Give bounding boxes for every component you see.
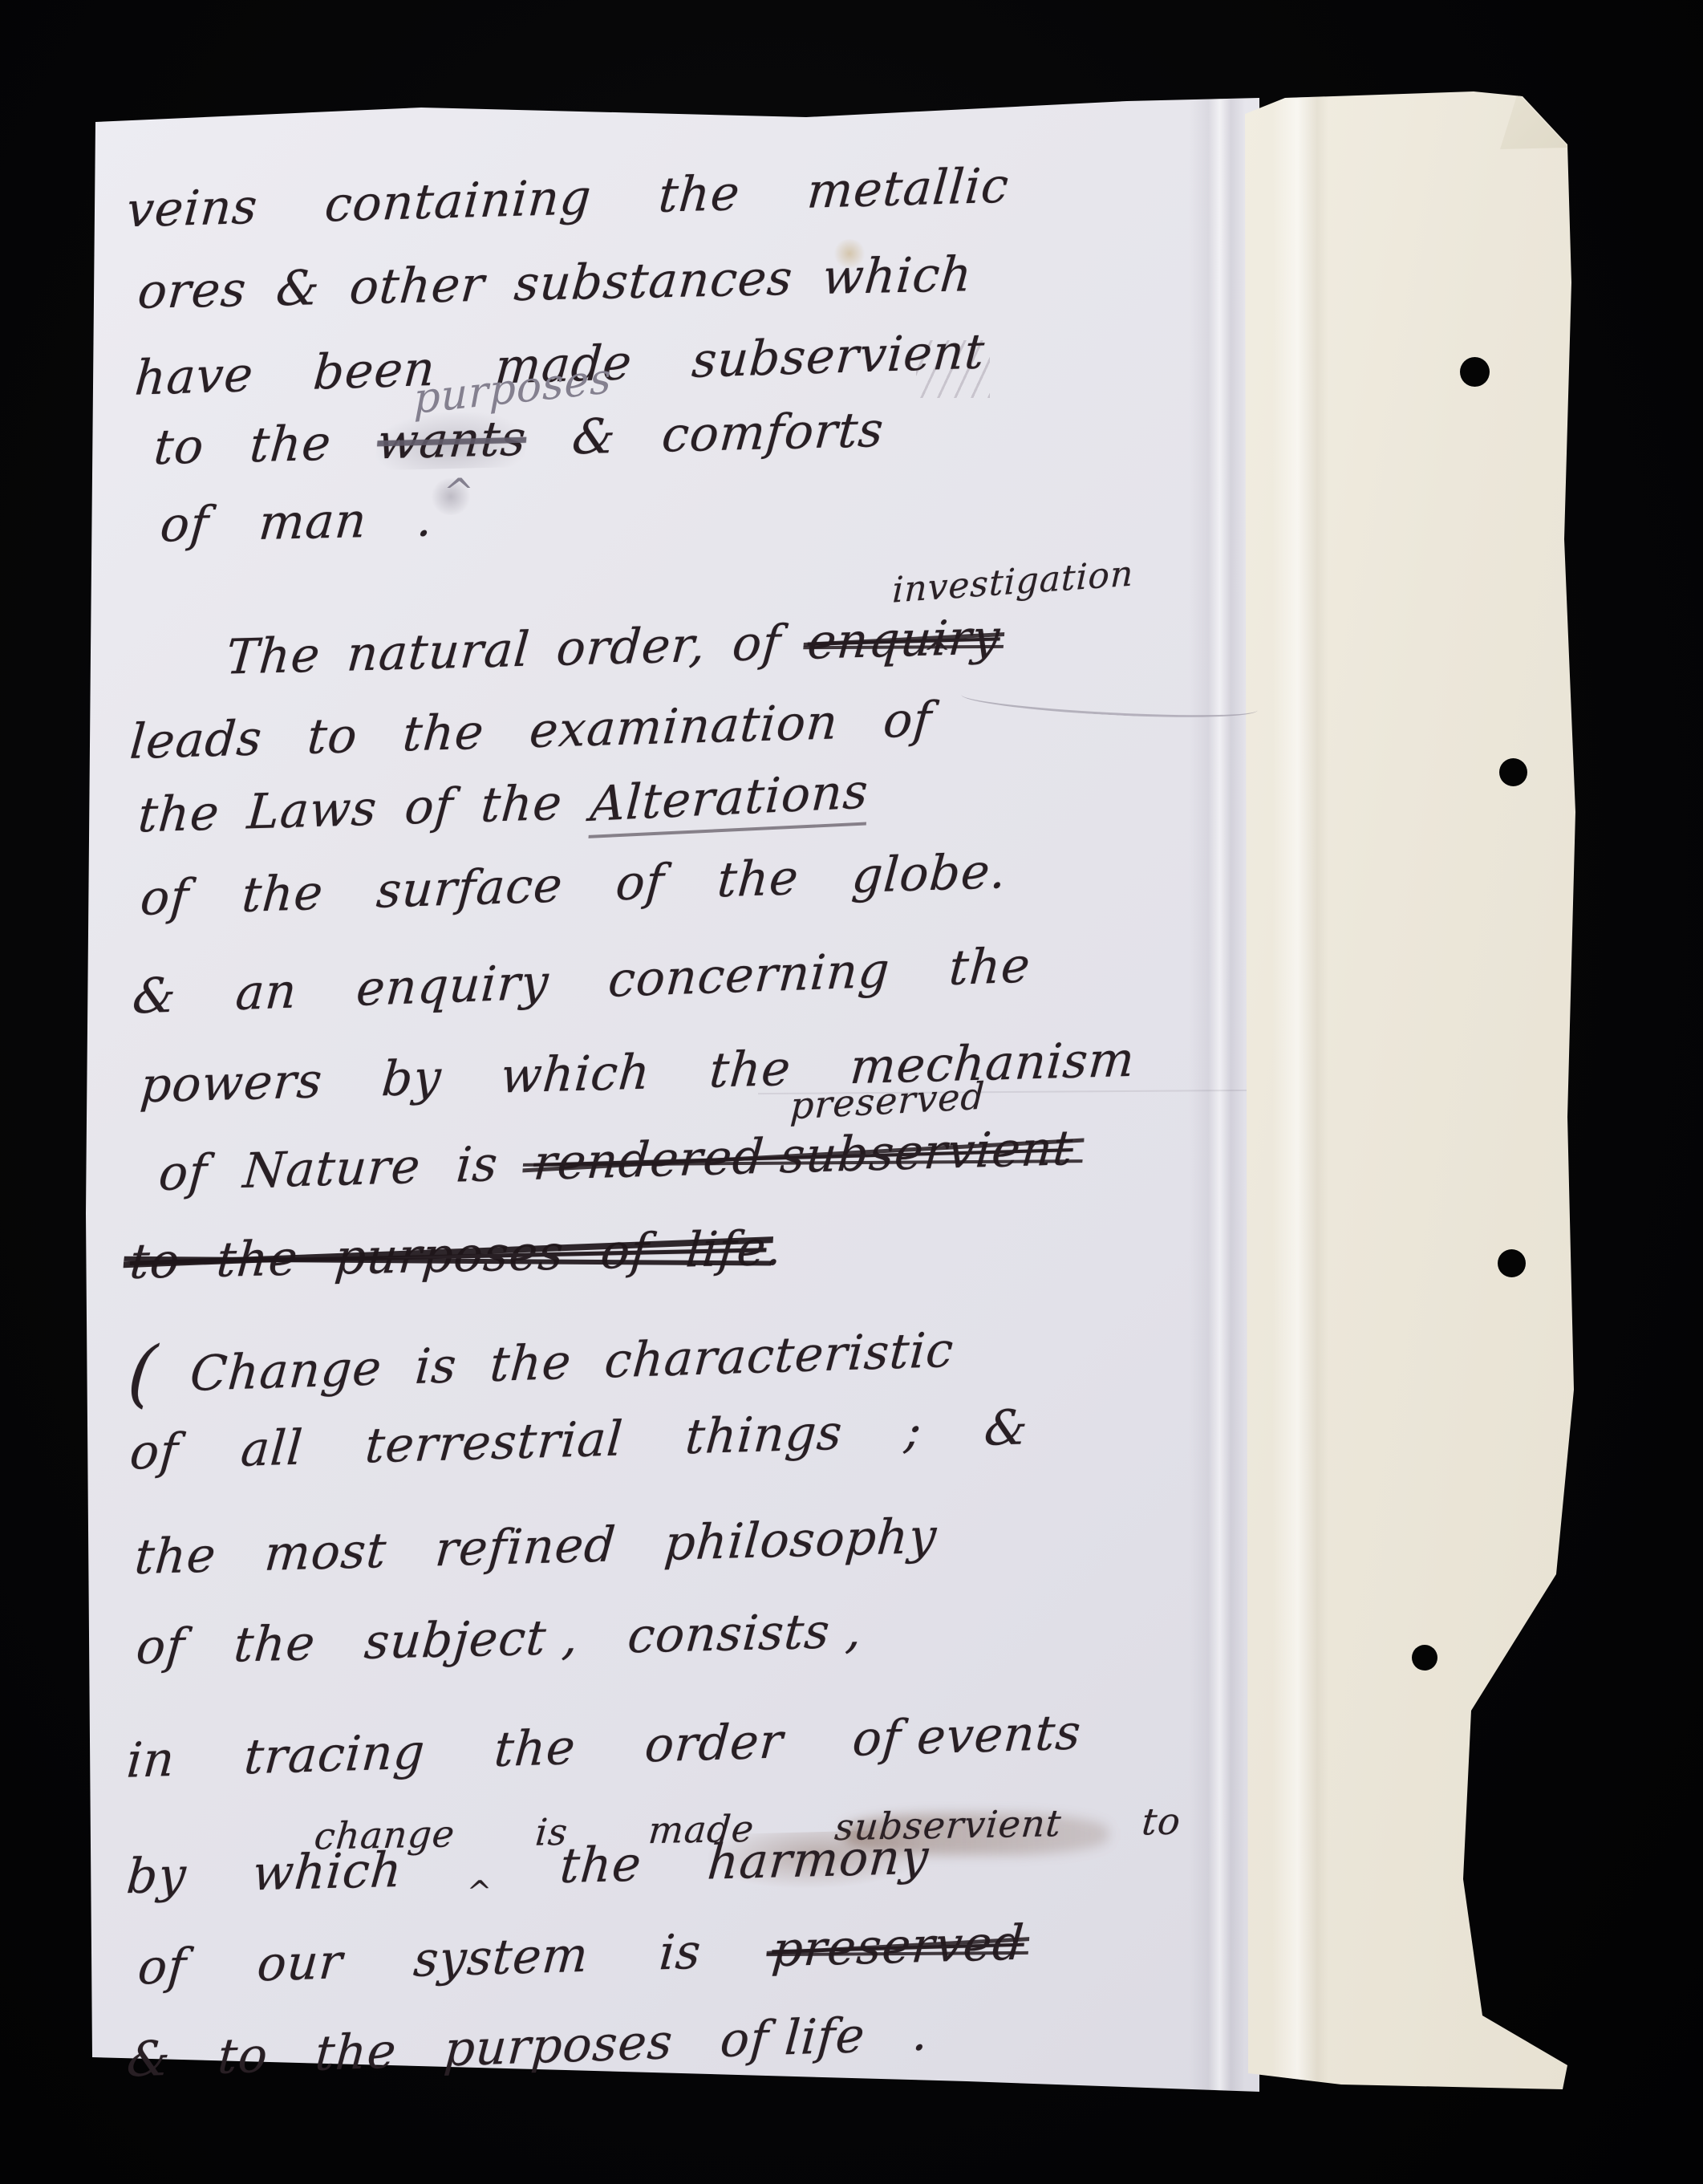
word: to [306,708,360,765]
word: to [1140,1800,1182,1844]
word: of [139,869,191,927]
word: globe. [849,843,1008,904]
manuscript-line: powersbywhichthemechanism [138,1032,1137,1114]
manuscript-line: ofthesubject ,consists , [134,1603,865,1676]
word-underlined: Alterations [588,763,870,838]
word: metallic [805,158,1012,220]
word-bracket: ( [125,1331,160,1416]
manuscript-line: ores&othersubstanceswhich [136,246,975,320]
word: the [708,1041,793,1099]
manuscript-line: ofman. [158,491,436,553]
word: of [158,496,211,553]
word: enquiry [355,954,551,1017]
manuscript-line: theLawsoftheAlterations [136,765,870,849]
word: consists , [626,1603,865,1665]
word: is [454,1136,500,1194]
word: the [136,785,221,843]
word: which [250,1842,404,1902]
word: to [216,2028,270,2085]
word: refined [433,1516,618,1577]
word: the [240,865,325,924]
word: is [413,1338,459,1395]
word: Change [189,1340,384,1403]
word: examination [528,694,841,759]
word: natural [345,622,532,683]
word: subject , [363,1610,582,1670]
manuscript-line: veinscontainingthemetallic [125,158,1012,239]
word: is [657,1924,703,1982]
manuscript-line: themostrefinedphilosophy [132,1508,939,1585]
word: the [657,165,743,224]
word: the [248,416,334,474]
word: order, [554,617,708,677]
photo-backdrop: veinscontainingthemetallicores&othersubs… [0,0,1703,2184]
manuscript-line: leadstotheexaminationof [128,692,934,770]
word: concerning [606,942,892,1008]
word-struck: rendered subservient [532,1120,1076,1191]
word: Laws [245,781,379,841]
word: containing [322,169,594,233]
word-smudged: harmony [705,1829,931,1891]
word-struck: preserved [770,1914,1027,1978]
manuscript-line: ofoursystemispreserved [136,1914,1027,1995]
word: powers [138,1053,324,1114]
word: surface [375,857,565,919]
word: which [499,1045,653,1105]
word: ; [902,1403,924,1459]
word: ores [136,262,249,320]
manuscript-line: to the purposes of life. [128,1221,742,1290]
manuscript-line: &anenquiryconcerningthe [131,937,1032,1025]
word: by [379,1049,444,1107]
word: of [403,778,456,836]
word: our [255,1934,345,1992]
inserted-word: investigation [891,553,1134,611]
word: in [125,1731,177,1789]
manuscript-line: ofthesurfaceoftheglobe. [139,843,1009,927]
word: other [347,257,487,316]
word: tracing [242,1724,428,1786]
word: Nature [241,1139,423,1200]
word: things [683,1405,845,1466]
word: man [257,493,369,551]
word: which [821,246,975,306]
word: most [262,1523,388,1582]
manuscript-line: (Changeisthecharacteristic [125,1300,957,1411]
word: subservient [690,323,987,389]
word: of [614,854,666,911]
insertion-caret: ^ [920,634,953,673]
manuscript-line: bywhich^theharmony [124,1829,931,1906]
word: have [133,347,256,407]
word-struck: enquiry [805,609,1002,670]
word: the [947,937,1032,997]
manuscript-line: intracingtheorderof events [125,1704,1084,1788]
word: the [132,1527,218,1585]
word: an [233,963,298,1021]
word: of [730,615,783,672]
word: the [558,1836,644,1894]
inserted-word: preserved [789,1074,987,1128]
word: the [716,850,801,908]
word: & [131,968,178,1025]
manuscript-line: tothewants&comforts [152,402,886,476]
word: all [239,1420,306,1478]
word: of life [719,2007,867,2068]
word: of [157,1144,210,1202]
manuscript-line: ofNatureisrendered subservient [157,1120,1076,1202]
word: leads [128,710,264,770]
word: the [314,2023,399,2082]
manuscript-line: Thenaturalorder,ofenquiry [224,609,1002,685]
word: purposes [442,2014,675,2078]
word: the [493,1719,578,1778]
word-caret: ^ [465,1873,494,1910]
word: & [570,408,618,465]
word: of [128,1423,181,1481]
word: of [136,1938,189,1996]
handwriting-layer: veinscontainingthemetallicores&othersubs… [0,0,1703,2184]
word: the [232,1615,318,1673]
word: the [479,775,564,834]
word: system [412,1927,590,1988]
word: comforts [660,402,886,464]
word: philosophy [663,1508,939,1572]
word: & [125,2031,172,2089]
manuscript-line: ofallterrestrialthings;& [128,1399,1031,1480]
word: & [983,1399,1031,1457]
word: terrestrial [363,1411,626,1474]
word: order [643,1713,786,1773]
word: the [489,1334,574,1393]
insertion-caret: ^ [440,470,476,514]
word: . [415,491,436,548]
word: characteristic [602,1322,955,1390]
word: substances [512,250,795,312]
word: of [882,692,935,749]
word: of events [850,1704,1083,1768]
word: The [224,627,322,685]
word: the [401,704,487,763]
word: . [910,2005,931,2062]
word: veins [125,179,260,239]
word: & [274,260,322,317]
manuscript-line: &tothepurposesof life. [125,2005,931,2088]
word: of [134,1618,187,1676]
word: to [152,419,206,477]
word: by [124,1847,189,1905]
word-struck-heavy: to the purposes of life [128,1220,768,1290]
